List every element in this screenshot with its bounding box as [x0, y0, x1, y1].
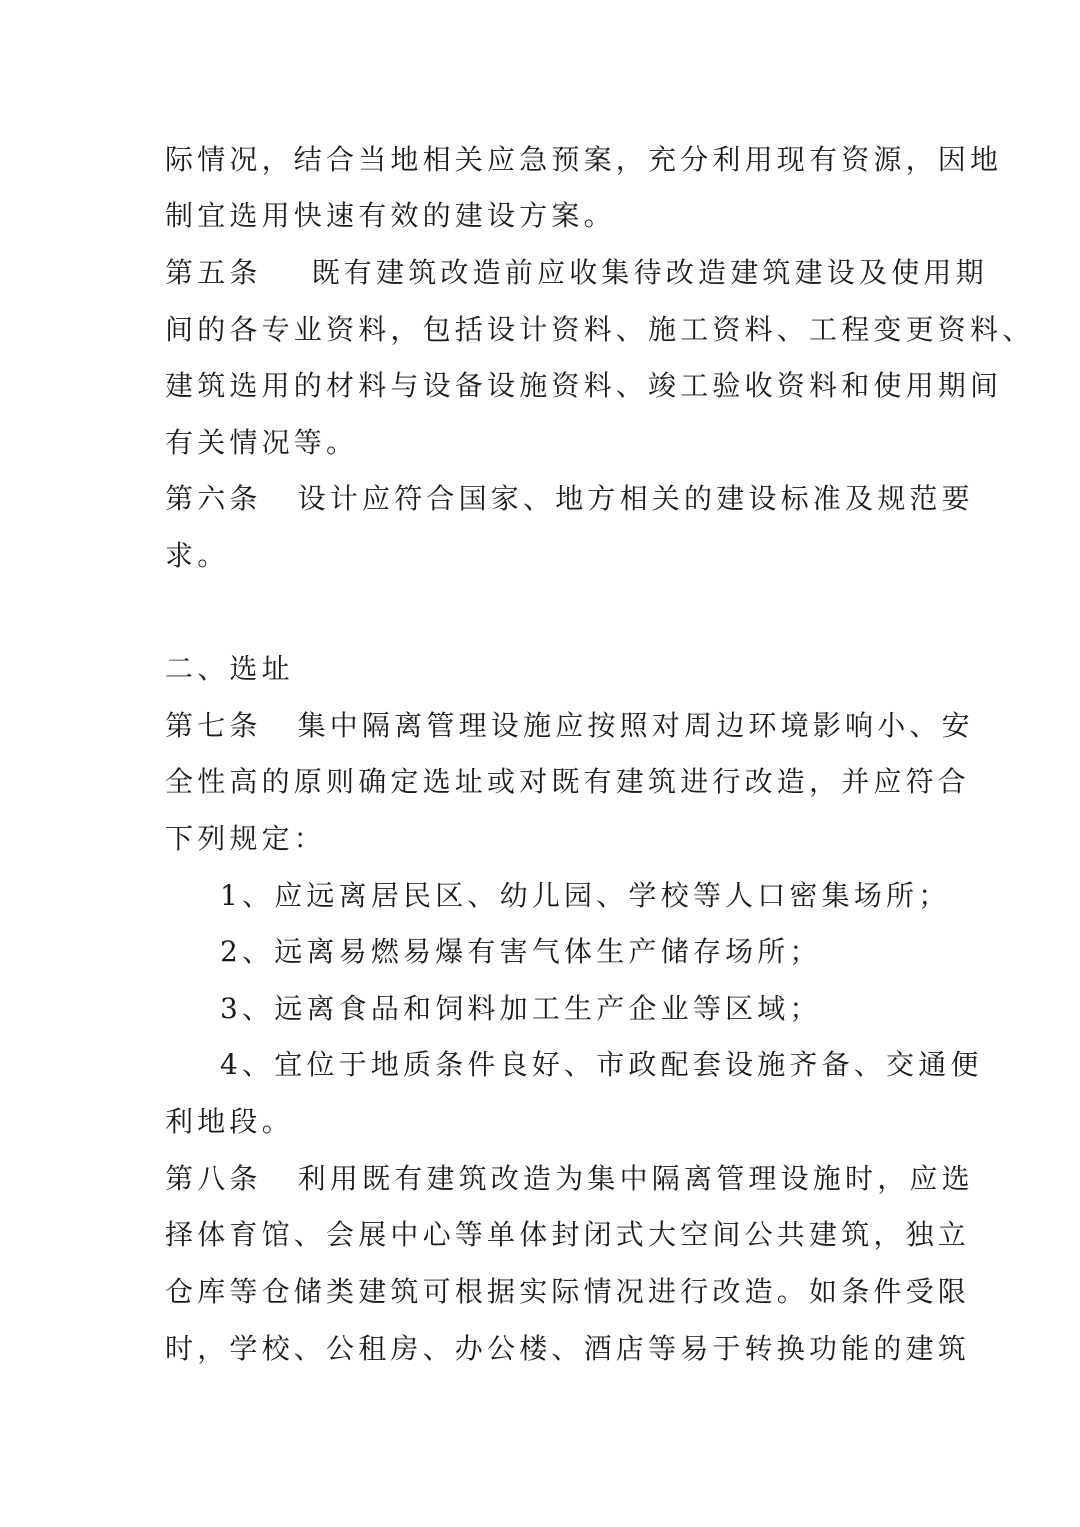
list-item: 3、远离食品和饲料加工生产企业等区域； — [220, 989, 980, 1029]
paragraph-line: 建筑选用的材料与设备设施资料、竣工验收资料和使用期间 — [165, 366, 925, 406]
article-5-first-line: 第五条既有建筑改造前应收集待改造建筑建设及使用期 — [165, 253, 925, 293]
paragraph-line: 间的各专业资料，包括设计资料、施工资料、工程变更资料、 — [165, 310, 925, 350]
article-8-text: 利用既有建筑改造为集中隔离管理设施时，应选 — [298, 1162, 974, 1195]
article-6-text: 设计应符合国家、地方相关的建设标准及规范要 — [298, 482, 974, 515]
paragraph-line: 全性高的原则确定选址或对既有建筑进行改造，并应符合 — [165, 762, 925, 802]
list-item: 4、宜位于地质条件良好、市政配套设施齐备、交通便 — [220, 1045, 980, 1085]
list-item: 2、远离易燃易爆有害气体生产储存场所； — [220, 932, 980, 972]
article-7-first-line: 第七条集中隔离管理设施应按照对周边环境影响小、安 — [165, 706, 925, 746]
paragraph-line: 制宜选用快速有效的建设方案。 — [165, 196, 925, 236]
paragraph-line: 择体育馆、会展中心等单体封闭式大空间公共建筑，独立 — [165, 1215, 925, 1255]
document-page: 际情况，结合当地相关应急预案，充分利用现有资源，因地 制宜选用快速有效的建设方案… — [0, 0, 1080, 1527]
paragraph-line: 仓库等仓储类建筑可根据实际情况进行改造。如条件受限 — [165, 1272, 925, 1312]
article-6-label: 第六条 — [165, 479, 262, 519]
paragraph-line: 际情况，结合当地相关应急预案，充分利用现有资源，因地 — [165, 140, 925, 180]
article-5-text: 既有建筑改造前应收集待改造建筑建设及使用期 — [312, 256, 988, 289]
section-heading: 二、选址 — [165, 649, 925, 689]
article-7-text: 集中隔离管理设施应按照对周边环境影响小、安 — [298, 709, 974, 742]
paragraph-line: 下列规定： — [165, 819, 925, 859]
list-item: 1、应远离居民区、幼儿园、学校等人口密集场所； — [220, 876, 980, 916]
article-6-first-line: 第六条设计应符合国家、地方相关的建设标准及规范要 — [165, 479, 925, 519]
paragraph-line: 时，学校、公租房、办公楼、酒店等易于转换功能的建筑 — [165, 1329, 925, 1369]
article-7-label: 第七条 — [165, 706, 262, 746]
article-5-label: 第五条 — [165, 253, 262, 293]
article-8-label: 第八条 — [165, 1159, 262, 1199]
paragraph-line: 求。 — [165, 536, 925, 576]
paragraph-line: 有关情况等。 — [165, 423, 925, 463]
list-item-continuation: 利地段。 — [165, 1102, 925, 1142]
article-8-first-line: 第八条利用既有建筑改造为集中隔离管理设施时，应选 — [165, 1159, 925, 1199]
